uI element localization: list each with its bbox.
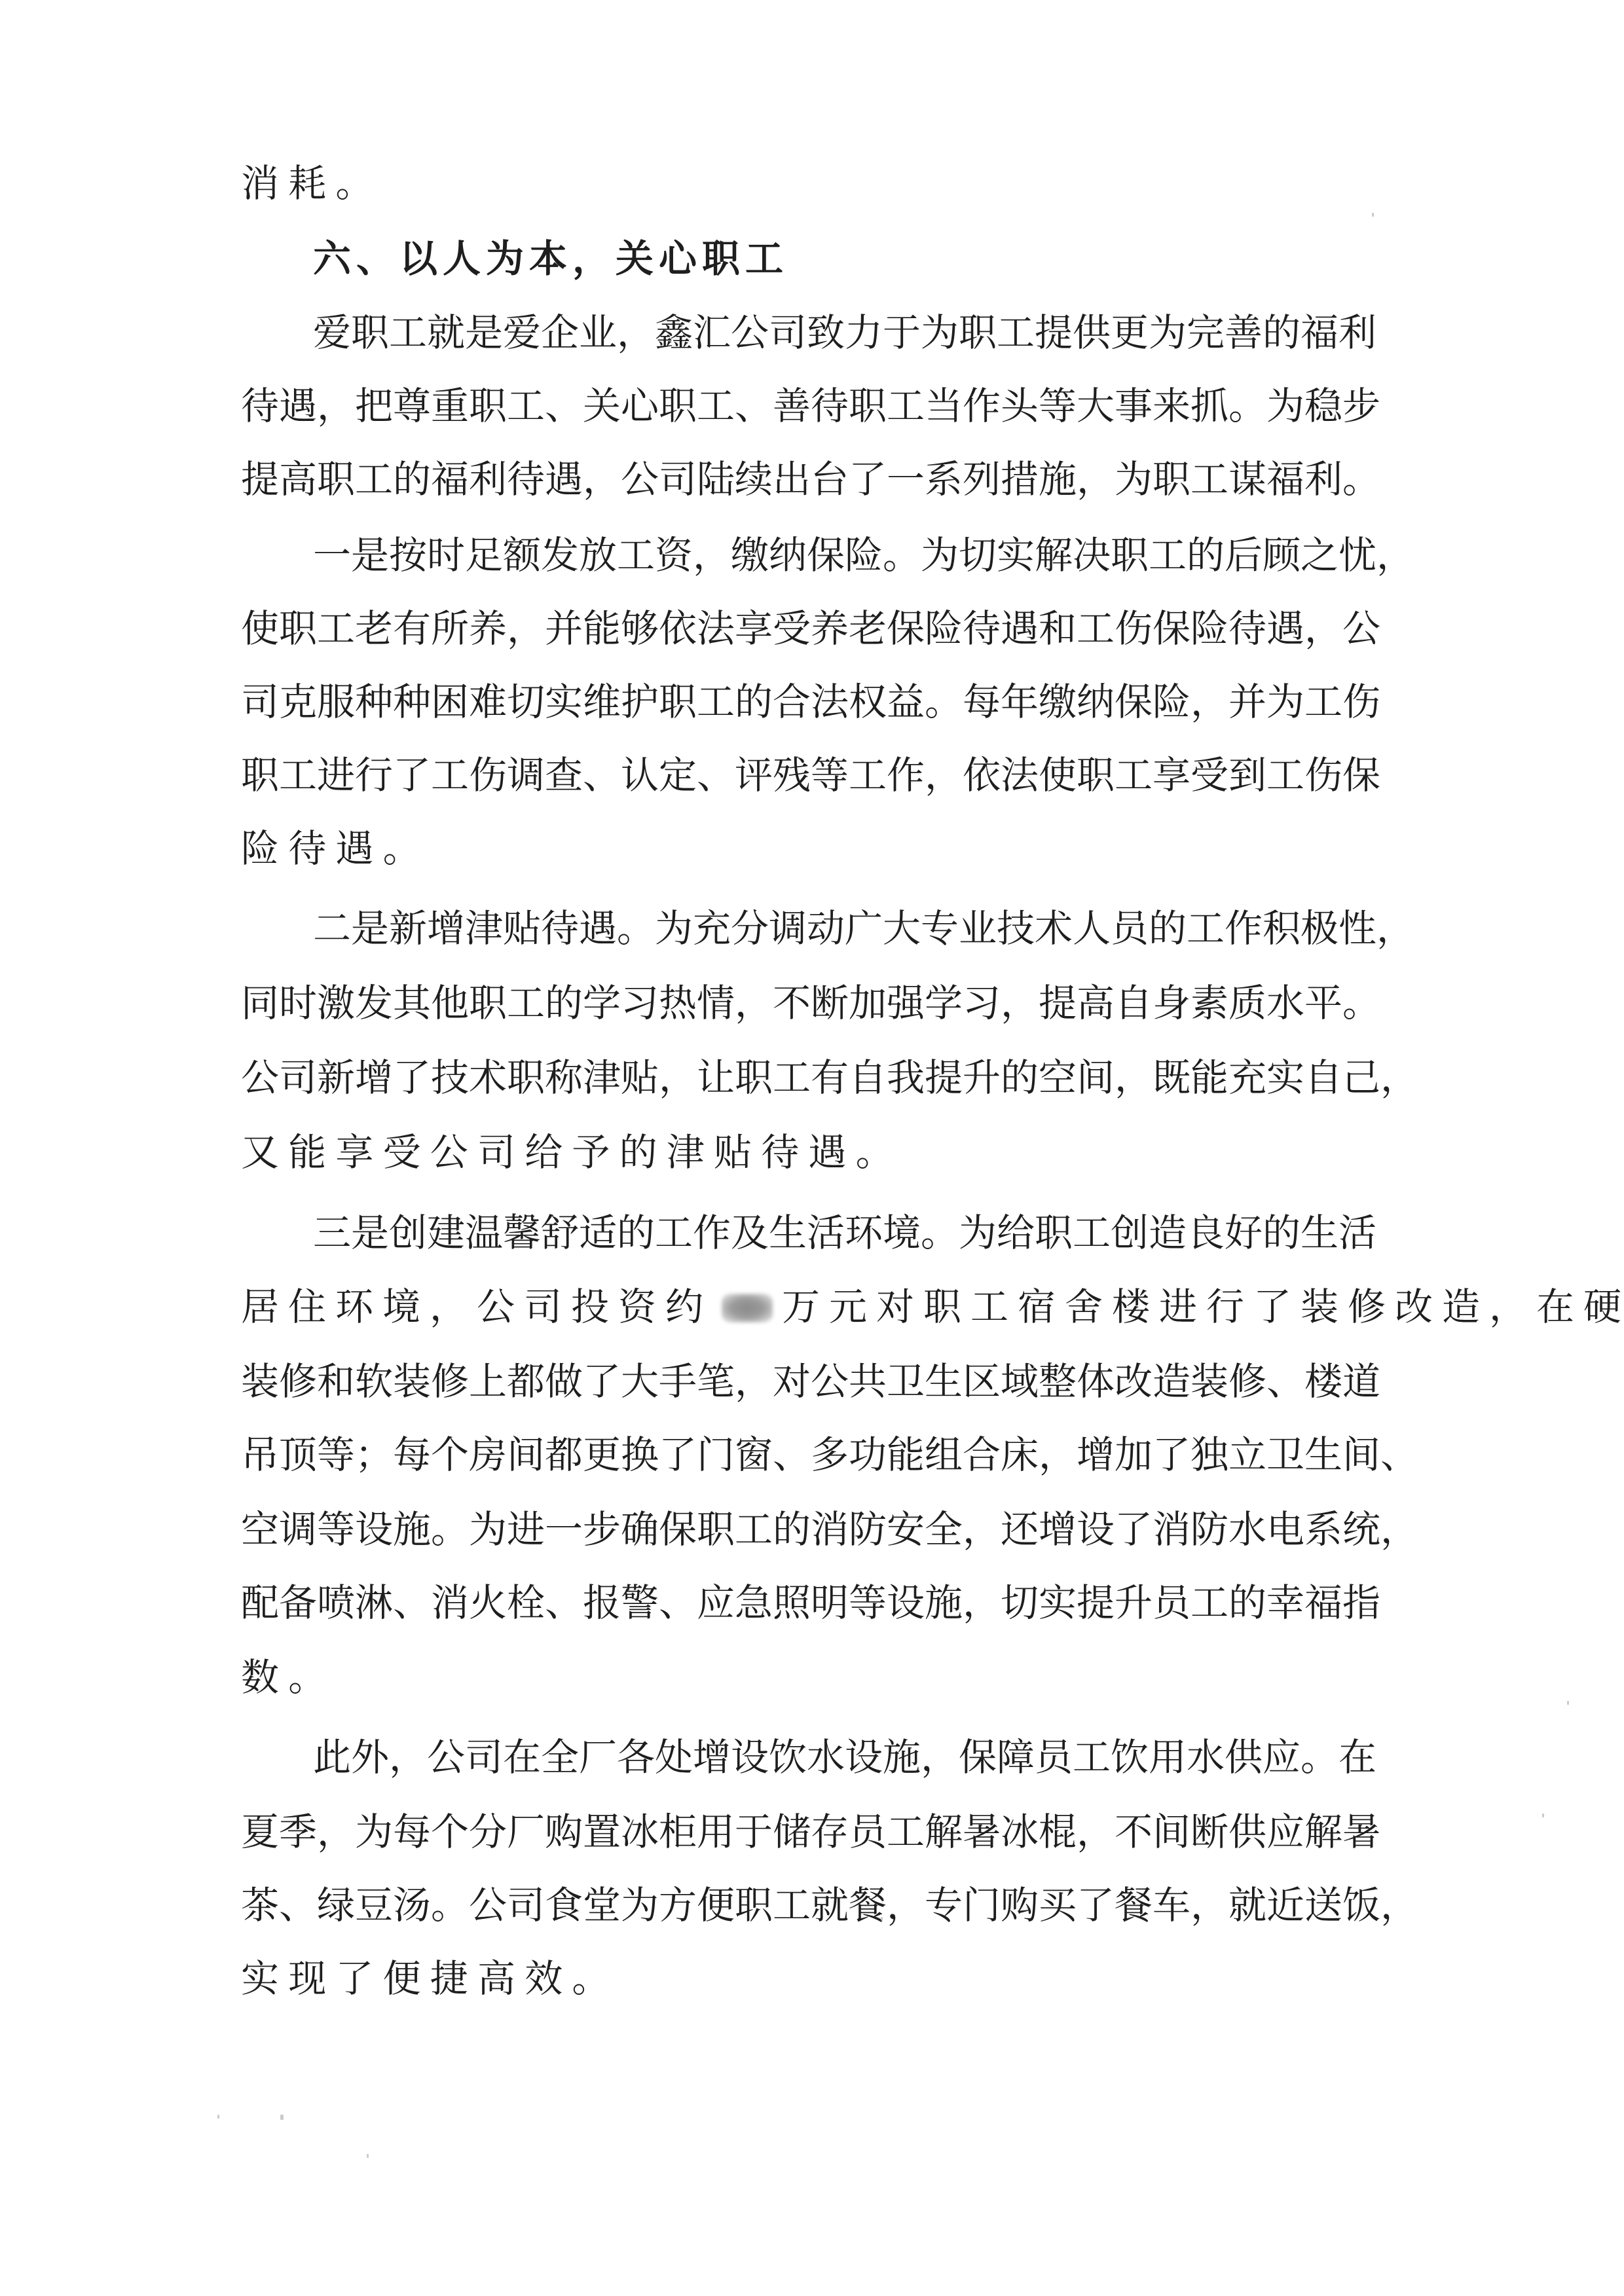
- paragraph-line: 险待遇。: [241, 822, 430, 875]
- paragraph-line: 数。: [241, 1651, 335, 1704]
- paragraph-line-with-redaction: 居住环境，公司投资约万元对职工宿舍楼进行了装修改造，在硬: [241, 1281, 1624, 1333]
- paragraph-line: 爱职工就是爱企业，鑫汇公司致力于为职工提供更为完善的福利: [313, 306, 1374, 359]
- paragraph-line: 配备喷淋、消火栓、报警、应急照明等设施，切实提升员工的幸福指: [241, 1576, 1374, 1629]
- paragraph-line: 装修和软装修上都做了大手笔，对公共卫生区域整体改造装修、楼道: [241, 1355, 1374, 1408]
- paragraph-line: 消耗。: [241, 157, 383, 210]
- paragraph-line: 待遇，把尊重职工、关心职工、善待职工当作头等大事来抓。为稳步: [241, 380, 1374, 432]
- paragraph-line: 茶、绿豆汤。公司食堂为方便职工就餐，专门购买了餐车，就近送饭，: [241, 1879, 1374, 1931]
- scan-artifact: [1567, 1701, 1569, 1705]
- redacted-amount: [722, 1294, 773, 1322]
- scan-artifact: [217, 2115, 219, 2119]
- paragraph-line: 又能享受公司给予的津贴待遇。: [241, 1126, 903, 1178]
- paragraph-line: 吊顶等；每个房间都更换了门窗、多功能组合床，增加了独立卫生间、: [241, 1429, 1374, 1481]
- paragraph-line: 实现了便捷高效。: [241, 1952, 619, 2005]
- paragraph-line: 夏季，为每个分厂购置冰柜用于储存员工解暑冰棍，不间断供应解暑: [241, 1806, 1374, 1858]
- paragraph-line: 提高职工的福利待遇，公司陆续出台了一系列措施，为职工谋福利。: [241, 453, 1374, 505]
- paragraph-line: 职工进行了工伤调查、认定、评残等工作，依法使职工享受到工伤保: [241, 749, 1374, 801]
- line-segment: 万元对职工宿舍楼进行了装修改造，在硬: [782, 1285, 1624, 1329]
- scan-artifact: [367, 2154, 369, 2158]
- paragraph-line: 空调等设施。为进一步确保职工的消防安全，还增设了消防水电系统，: [241, 1503, 1374, 1556]
- scan-artifact: [280, 2115, 284, 2120]
- paragraph-line: 司克服种种困难切实维护职工的合法权益。每年缴纳保险，并为工伤: [241, 676, 1374, 728]
- line-segment: 居住环境，公司投资约: [241, 1285, 712, 1329]
- paragraph-line: 三是创建温馨舒适的工作及生活环境。为给职工创造良好的生活: [313, 1207, 1374, 1259]
- paragraph-line: 此外，公司在全厂各处增设饮水设施，保障员工饮用水供应。在: [313, 1731, 1374, 1783]
- paragraph-line: 二是新增津贴待遇。为充分调动广大专业技术人员的工作积极性，: [313, 902, 1374, 955]
- paragraph-line: 同时激发其他职工的学习热情，不断加强学习，提高自身素质水平。: [241, 977, 1374, 1029]
- paragraph-line: 公司新增了技术职称津贴，让职工有自我提升的空间，既能充实自己，: [241, 1051, 1374, 1104]
- paragraph-line: 使职工老有所养，并能够依法享受养老保险待遇和工伤保险待遇，公: [241, 602, 1374, 655]
- scan-artifact: [1542, 1813, 1544, 1817]
- scan-artifact: [881, 1917, 883, 1921]
- scan-artifact: [1372, 213, 1374, 217]
- paragraph-line: 一是按时足额发放工资，缴纳保险。为切实解决职工的后顾之忧，: [313, 529, 1374, 581]
- section-heading: 六、以人为本，关心职工: [313, 232, 788, 285]
